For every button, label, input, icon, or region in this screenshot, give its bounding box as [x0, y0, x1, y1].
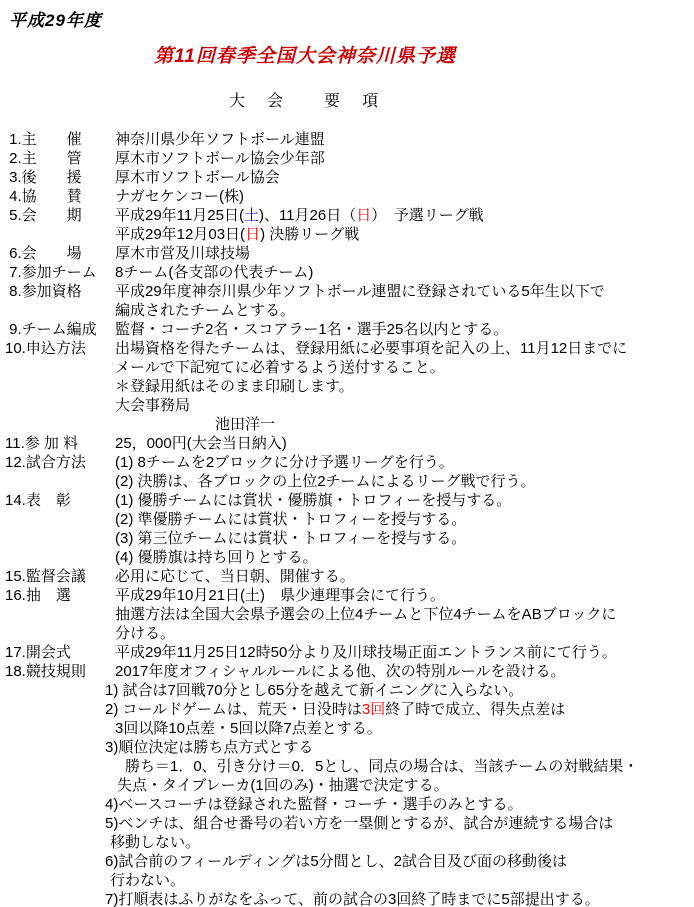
doc-line: ＊登録用紙はそのまま印刷します。	[0, 377, 694, 396]
item-content: (2) 準優勝チームには賞状・トロフィーを授与する。	[115, 510, 466, 529]
doc-line: 7)打順表はふりがなをふって、前の試合の3回終了時までに5部提出する。	[0, 890, 694, 907]
item-content: 平成29年度神奈川県少年ソフトボール連盟に登録されている5年生以下で	[115, 282, 605, 301]
doc-line: 4)ベースコーチは登録された監督・コーチ・選手のみとする。	[0, 795, 694, 814]
item-content: 6)試合前のフィールディングは5分間とし、2試合目及び面の移動後は	[105, 852, 567, 871]
text-segment: メールで下記宛てに必着するよう送付すること。	[115, 359, 445, 376]
doc-line: 2) コールドゲームは、荒天・日没時は3回終了時で成立、得失点差は	[0, 700, 694, 719]
doc-line: 12.試合方法(1) 8チームを2ブロックに分け予選リーグを行う。	[0, 453, 694, 472]
text-segment: 分ける。	[115, 625, 175, 642]
doc-line: 1) 試合は7回戦70分とし65分を越えて新イニングに入らない。	[0, 681, 694, 700]
item-content: ナガセケンコー(株)	[115, 187, 244, 206]
doc-line: メールで下記宛てに必着するよう送付すること。	[0, 358, 694, 377]
item-content: 2017年度オフィシャルルールによる他、次の特別ルールを設ける。	[115, 662, 565, 681]
item-label: 3.後 援	[5, 168, 82, 187]
doc-line: 抽選方法は全国大会県予選会の上位4チームと下位4チームをABブロックに	[0, 605, 694, 624]
item-label: 11.参 加 料	[5, 434, 78, 453]
item-label: 9.チーム編成	[5, 320, 97, 339]
text-segment: 勝ち＝1．0、引き分け＝0．5とし、同点の場合は、当該チームの対戦結果・	[125, 758, 638, 775]
document-body: 1.主 催神奈川県少年ソフトボール連盟 2.主 管厚木市ソフトボール協会少年部 …	[0, 130, 694, 907]
text-segment: 終了時で成立、得失点差は	[385, 701, 565, 718]
text-segment: 平成29年11月25日(	[115, 207, 244, 224]
item-label: 2.主 管	[5, 149, 82, 168]
item-label: 8.参加資格	[5, 282, 82, 301]
document-subtitle: 大 会 要 項	[0, 88, 610, 111]
text-segment: (1) 8チームを2ブロックに分け予選リーグを行う。	[115, 454, 454, 471]
doc-line: 16.抽 選平成29年10月21日(土) 県少連理事会にて行う。	[0, 586, 694, 605]
text-segment: 厚木市ソフトボール協会	[115, 169, 280, 186]
text-segment: 4)ベースコーチは登録された監督・コーチ・選手のみとする。	[105, 796, 523, 813]
item-content: 厚木市ソフトボール協会	[115, 168, 280, 187]
doc-line: 2.主 管厚木市ソフトボール協会少年部	[0, 149, 694, 168]
text-segment: 3)順位決定は勝ち点方式とする	[105, 739, 313, 756]
item-label: 10.申込方法	[5, 339, 86, 358]
text-segment: (3) 第三位チームには賞状・トロフィーを授与する。	[115, 530, 466, 547]
item-content: 4)ベースコーチは登録された監督・コーチ・選手のみとする。	[105, 795, 523, 814]
item-label: 17.開会式	[5, 643, 71, 662]
text-segment: 2) コールドゲームは、荒天・日没時は	[105, 701, 362, 718]
text-segment: ナガセケンコー(株)	[115, 188, 244, 205]
text-segment: 5)ベンチは、組合せ番号の若い方を一塁側とするが、試合が連続する場合は	[105, 815, 613, 832]
text-segment: 神奈川県少年ソフトボール連盟	[115, 131, 325, 148]
doc-line: 18.競技規則2017年度オフィシャルルールによる他、次の特別ルールを設ける。	[0, 662, 694, 681]
doc-line: 分ける。	[0, 624, 694, 643]
doc-line: 大会事務局	[0, 396, 694, 415]
item-label: 5.会 期	[5, 206, 82, 225]
item-content: 編成されたチームとする。	[115, 301, 295, 320]
item-content: 平成29年12月03日(日) 決勝リーグ戦	[115, 225, 359, 244]
item-label: 7.参加チーム	[5, 263, 97, 282]
item-content: 7)打順表はふりがなをふって、前の試合の3回終了時までに5部提出する。	[105, 890, 600, 907]
doc-line: 4.協 賛ナガセケンコー(株)	[0, 187, 694, 206]
doc-line: 編成されたチームとする。	[0, 301, 694, 320]
doc-line: 3.後 援厚木市ソフトボール協会	[0, 168, 694, 187]
doc-line: 平成29年12月03日(日) 決勝リーグ戦	[0, 225, 694, 244]
text-segment: 出場資格を得たチームは、登録用紙に必要事項を記入の上、11月12日までに	[115, 340, 627, 357]
doc-line: 9.チーム編成監督・コーチ2名・スコアラー1名・選手25名以内とする。	[0, 320, 694, 339]
item-content: 厚木市営及川球技場	[115, 244, 250, 263]
text-segment: 平成29年11月25日12時50分より及川球技場正面エントランス前にて行う。	[115, 644, 617, 661]
item-content: 平成29年10月21日(土) 県少連理事会にて行う。	[115, 586, 445, 605]
doc-line: (4) 優勝旗は持ち回りとする。	[0, 548, 694, 567]
item-label: 1.主 催	[5, 130, 82, 149]
text-segment: 移動しない。	[110, 834, 200, 851]
doc-line: 3)順位決定は勝ち点方式とする	[0, 738, 694, 757]
doc-line: 3回以降10点差・5回以降7点差とする。	[0, 719, 694, 738]
item-content: 抽選方法は全国大会県予選会の上位4チームと下位4チームをABブロックに	[115, 605, 616, 624]
item-content: 分ける。	[115, 624, 175, 643]
item-label: 16.抽 選	[5, 586, 71, 605]
text-segment: (1) 優勝チームには賞状・優勝旗・トロフィーを授与する。	[115, 492, 511, 509]
item-content: 監督・コーチ2名・スコアラー1名・選手25名以内とする。	[115, 320, 508, 339]
doc-line: (3) 第三位チームには賞状・トロフィーを授与する。	[0, 529, 694, 548]
doc-line: 6)試合前のフィールディングは5分間とし、2試合目及び面の移動後は	[0, 852, 694, 871]
text-segment: 平成29年度神奈川県少年ソフトボール連盟に登録されている5年生以下で	[115, 283, 605, 300]
text-segment: 1) 試合は7回戦70分とし65分を越えて新イニングに入らない。	[105, 682, 523, 699]
doc-line: (2) 決勝は、各ブロックの上位2チームによるリーグ戦で行う。	[0, 472, 694, 491]
item-content: メールで下記宛てに必着するよう送付すること。	[115, 358, 445, 377]
text-segment: 厚木市ソフトボール協会少年部	[115, 150, 325, 167]
doc-line: 行わない。	[0, 871, 694, 890]
item-label: 18.競技規則	[5, 662, 86, 681]
text-segment: 3回以降10点差・5回以降7点差とする。	[115, 720, 382, 737]
doc-line: 移動しない。	[0, 833, 694, 852]
item-content: 神奈川県少年ソフトボール連盟	[115, 130, 325, 149]
item-content: 厚木市ソフトボール協会少年部	[115, 149, 325, 168]
text-segment: 監督・コーチ2名・スコアラー1名・選手25名以内とする。	[115, 321, 508, 338]
item-content: 平成29年11月25日(土)、11月26日（日） 予選リーグ戦	[115, 206, 484, 225]
item-label: 15.監督会議	[5, 567, 86, 586]
text-segment: ＊登録用紙はそのまま印刷します。	[115, 378, 354, 395]
doc-line: (2) 準優勝チームには賞状・トロフィーを授与する。	[0, 510, 694, 529]
text-segment: 厚木市営及川球技場	[115, 245, 250, 262]
item-content: 3回以降10点差・5回以降7点差とする。	[115, 719, 382, 738]
item-content: (1) 8チームを2ブロックに分け予選リーグを行う。	[115, 453, 454, 472]
item-content: 池田洋一	[215, 415, 275, 434]
text-segment: )、11月26日（	[259, 207, 356, 224]
item-label: 14.表 彰	[5, 491, 71, 510]
text-segment: 8チーム(各支部の代表チーム)	[115, 264, 313, 281]
item-content: 3)順位決定は勝ち点方式とする	[105, 738, 313, 757]
item-content: 25，000円(大会当日納入)	[115, 434, 287, 453]
doc-line: 1.主 催神奈川県少年ソフトボール連盟	[0, 130, 694, 149]
fiscal-year-heading: 平成29年度	[9, 6, 102, 31]
doc-line: 11.参 加 料25，000円(大会当日納入)	[0, 434, 694, 453]
text-segment: 6)試合前のフィールディングは5分間とし、2試合目及び面の移動後は	[105, 853, 567, 870]
item-content: 失点・タイブレーカ(1回のみ)・抽選で決定する。	[117, 776, 449, 795]
doc-line: 7.参加チーム8チーム(各支部の代表チーム)	[0, 263, 694, 282]
item-label: 12.試合方法	[5, 453, 86, 472]
doc-line: 失点・タイブレーカ(1回のみ)・抽選で決定する。	[0, 776, 694, 795]
text-segment: 大会事務局	[115, 397, 190, 414]
text-segment: 25，000円(大会当日納入)	[115, 435, 287, 452]
item-content: 出場資格を得たチームは、登録用紙に必要事項を記入の上、11月12日までに	[115, 339, 627, 358]
item-content: 大会事務局	[115, 396, 190, 415]
highlight-blue-text: 土	[244, 207, 259, 224]
item-content: 移動しない。	[110, 833, 200, 852]
text-segment: (2) 準優勝チームには賞状・トロフィーを授与する。	[115, 511, 466, 528]
document-title: 第11回春季全国大会神奈川県予選	[0, 41, 610, 68]
item-content: 1) 試合は7回戦70分とし65分を越えて新イニングに入らない。	[105, 681, 523, 700]
item-label: 4.協 賛	[5, 187, 82, 206]
item-content: 行わない。	[110, 871, 185, 890]
item-content: 8チーム(各支部の代表チーム)	[115, 263, 313, 282]
text-segment: (2) 決勝は、各ブロックの上位2チームによるリーグ戦で行う。	[115, 473, 536, 490]
item-content: (2) 決勝は、各ブロックの上位2チームによるリーグ戦で行う。	[115, 472, 536, 491]
text-segment: 失点・タイブレーカ(1回のみ)・抽選で決定する。	[117, 777, 449, 794]
text-segment: (4) 優勝旗は持ち回りとする。	[115, 549, 318, 566]
text-segment: ） 予選リーグ戦	[371, 207, 484, 224]
item-content: 平成29年11月25日12時50分より及川球技場正面エントランス前にて行う。	[115, 643, 617, 662]
text-segment: 抽選方法は全国大会県予選会の上位4チームと下位4チームをABブロックに	[115, 606, 616, 623]
highlight-red-text: 3回	[362, 701, 385, 718]
doc-line: 17.開会式平成29年11月25日12時50分より及川球技場正面エントランス前に…	[0, 643, 694, 662]
item-content: (1) 優勝チームには賞状・優勝旗・トロフィーを授与する。	[115, 491, 511, 510]
text-segment: 編成されたチームとする。	[115, 302, 295, 319]
item-content: (4) 優勝旗は持ち回りとする。	[115, 548, 318, 567]
doc-line: 6.会 場厚木市営及川球技場	[0, 244, 694, 263]
text-segment: 池田洋一	[215, 416, 275, 433]
doc-line: 池田洋一	[0, 415, 694, 434]
doc-line: 勝ち＝1．0、引き分け＝0．5とし、同点の場合は、当該チームの対戦結果・	[0, 757, 694, 776]
text-segment: 7)打順表はふりがなをふって、前の試合の3回終了時までに5部提出する。	[105, 891, 600, 907]
text-segment: 平成29年10月21日(土) 県少連理事会にて行う。	[115, 587, 445, 604]
doc-line: 8.参加資格平成29年度神奈川県少年ソフトボール連盟に登録されている5年生以下で	[0, 282, 694, 301]
item-content: 2) コールドゲームは、荒天・日没時は3回終了時で成立、得失点差は	[105, 700, 565, 719]
doc-line: 5.会 期平成29年11月25日(土)、11月26日（日） 予選リーグ戦	[0, 206, 694, 225]
item-label: 6.会 場	[5, 244, 82, 263]
text-segment: 2017年度オフィシャルルールによる他、次の特別ルールを設ける。	[115, 663, 565, 680]
text-segment: 行わない。	[110, 872, 185, 889]
item-content: 必用に応じて、当日朝、開催する。	[115, 567, 355, 586]
text-segment: 平成29年12月03日(	[115, 226, 245, 243]
text-segment: 必用に応じて、当日朝、開催する。	[115, 568, 355, 585]
doc-line: 10.申込方法出場資格を得たチームは、登録用紙に必要事項を記入の上、11月12日…	[0, 339, 694, 358]
doc-line: 15.監督会議必用に応じて、当日朝、開催する。	[0, 567, 694, 586]
item-content: 5)ベンチは、組合せ番号の若い方を一塁側とするが、試合が連続する場合は	[105, 814, 613, 833]
document-page: 平成29年度 第11回春季全国大会神奈川県予選 大 会 要 項 1.主 催神奈川…	[0, 0, 694, 907]
doc-line: 14.表 彰(1) 優勝チームには賞状・優勝旗・トロフィーを授与する。	[0, 491, 694, 510]
item-content: (3) 第三位チームには賞状・トロフィーを授与する。	[115, 529, 466, 548]
item-content: ＊登録用紙はそのまま印刷します。	[115, 377, 354, 396]
doc-line: 5)ベンチは、組合せ番号の若い方を一塁側とするが、試合が連続する場合は	[0, 814, 694, 833]
item-content: 勝ち＝1．0、引き分け＝0．5とし、同点の場合は、当該チームの対戦結果・	[125, 757, 638, 776]
highlight-red-text: 日	[356, 207, 371, 224]
text-segment: ) 決勝リーグ戦	[260, 226, 359, 243]
highlight-red-text: 日	[245, 226, 260, 243]
